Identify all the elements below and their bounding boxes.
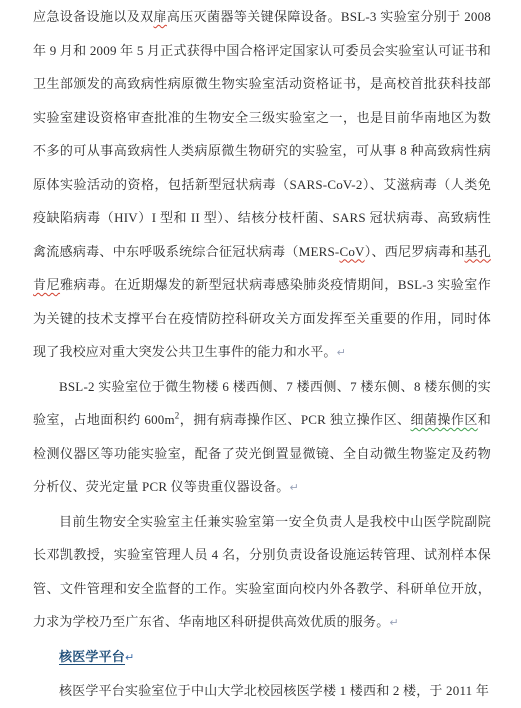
paragraph-nuclear-medicine: 核医学平台实验室位于中山大学北校园核医学楼 1 楼西和 2 楼，于 2011 年 bbox=[33, 674, 491, 708]
text-segment: 核医学平台实验室位于中山大学北校园核医学楼 1 楼西和 2 楼，于 2011 年 bbox=[59, 683, 489, 698]
spellcheck-underline-red: CoV bbox=[339, 244, 364, 259]
text-segment: 应急设备设施以及双 bbox=[33, 9, 154, 24]
heading-nuclear-medicine-platform: 核医学平台↵ bbox=[33, 640, 491, 675]
paragraph-mark-icon: ↵ bbox=[289, 481, 298, 494]
text-segment: 目前生物安全实验室主任兼实验室第一安全负责人是我校中山医学院副院长邓凯教授，实验… bbox=[33, 514, 491, 630]
section-heading-text: 核医学平台 bbox=[59, 649, 125, 664]
document-page: 应急设备设施以及双扉高压灭菌器等关键保障设备。BSL-3 实验室分别于 2008… bbox=[0, 0, 521, 708]
paragraph-bsl2: BSL-2 实验室位于微生物楼 6 楼西侧、7 楼西侧、7 楼东侧、8 楼东侧的… bbox=[33, 370, 491, 505]
paragraph-mark-icon: ↵ bbox=[125, 651, 134, 664]
text-segment: ）、西尼罗病毒和 bbox=[365, 244, 465, 259]
paragraph-management: 目前生物安全实验室主任兼实验室第一安全负责人是我校中山医学院副院长邓凯教授，实验… bbox=[33, 505, 491, 640]
paragraph-bsl3: 应急设备设施以及双扉高压灭菌器等关键保障设备。BSL-3 实验室分别于 2008… bbox=[33, 0, 491, 370]
paragraph-mark-icon: ↵ bbox=[389, 616, 398, 629]
text-segment: 高压灭菌器等关键保障设备。BSL-3 实验室分别于 2008 年 9 月和 20… bbox=[33, 9, 491, 259]
paragraph-mark-icon: ↵ bbox=[337, 346, 346, 359]
text-segment: 雅病毒。在近期爆发的新型冠状病毒感染肺炎疫情期间，BSL-3 实验室作为关键的技… bbox=[33, 277, 491, 359]
document-body: 应急设备设施以及双扉高压灭菌器等关键保障设备。BSL-3 实验室分别于 2008… bbox=[0, 0, 521, 708]
spellcheck-underline-red: 扉 bbox=[154, 9, 167, 24]
spellcheck-underline-green: 细菌操作区 bbox=[411, 412, 478, 427]
text-segment: ，拥有病毒操作区、PCR 独立操作区、 bbox=[179, 412, 410, 427]
